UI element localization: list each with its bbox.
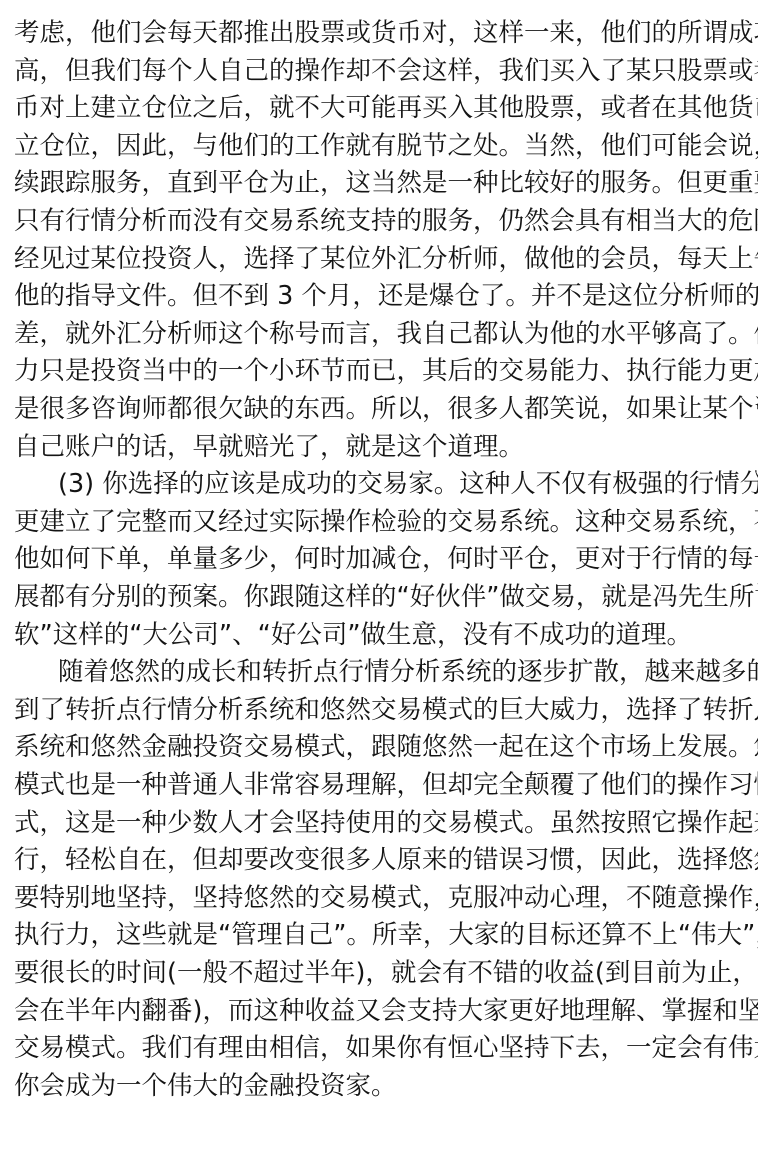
text-line: 差，就外汇分析师这个称号而言，我自己都认为他的水平够高了。但是，分析能 xyxy=(14,319,748,349)
text-line: 经见过某位投资人，选择了某位外汇分析师，做他的会员，每天上午都可以得到 xyxy=(14,244,748,274)
text-line: 随着悠然的成长和转折点行情分析系统的逐步扩散，越来越多的投资者看 xyxy=(58,657,748,687)
text-line: 执行力，这些就是“管理自己”。所幸，大家的目标还算不上“伟大”，所以，不需 xyxy=(14,920,748,950)
text-line: 立仓位，因此，与他们的工作就有脱节之处。当然，他们可能会说，我会提供持 xyxy=(14,131,748,161)
text-line: 币对上建立仓位之后，就不大可能再买入其他股票，或者在其他货币对上再建 xyxy=(14,93,748,123)
document-page: 考虑，他们会每天都推出股票或货币对，这样一来，他们的所谓成功率自然会很 高，但我… xyxy=(0,0,758,1160)
text-line: 会在半年内翻番)，而这种收益又会支持大家更好地理解、掌握和坚持使用悠然 xyxy=(14,996,748,1026)
text-line: 要特别地坚持，坚持悠然的交易模式，克服冲动心理，不随意操作，提高自己的 xyxy=(14,883,748,913)
text-line: 模式也是一种普通人非常容易理解，但却完全颠覆了他们的操作习惯的投资方 xyxy=(14,770,748,800)
text-line: 自己账户的话，早就赔光了，就是这个道理。 xyxy=(14,432,748,462)
text-line: 到了转折点行情分析系统和悠然交易模式的巨大威力，选择了转折点行情分析 xyxy=(14,695,748,725)
text-line: 软”这样的“大公司”、“好公司”做生意，没有不成功的道理。 xyxy=(14,620,748,650)
text-line: 是很多咨询师都很欠缺的东西。所以，很多人都笑说，如果让某个咨询师去做 xyxy=(14,394,748,424)
text-line: 续跟踪服务，直到平仓为止，这当然是一种比较好的服务。但更重要的是，这种 xyxy=(14,168,748,198)
text-line: 系统和悠然金融投资交易模式，跟随悠然一起在这个市场上发展。悠然的交易 xyxy=(14,732,748,762)
text-line: 只有行情分析而没有交易系统支持的服务，仍然会具有相当大的危险性。我曾 xyxy=(14,206,748,236)
text-line: 行，轻松自在，但却要改变很多人原来的错误习惯，因此，选择悠然交易模式就 xyxy=(14,845,748,875)
text-line: 考虑，他们会每天都推出股票或货币对，这样一来，他们的所谓成功率自然会很 xyxy=(14,18,748,48)
text-line: 高，但我们每个人自己的操作却不会这样，我们买入了某只股票或者在某个货 xyxy=(14,56,748,86)
text-line: 展都有分别的预案。你跟随这样的“好伙伴”做交易，就是冯先生所说的跟“微 xyxy=(14,582,748,612)
text-line: (3) 你选择的应该是成功的交易家。这种人不仅有极强的行情分析能力， xyxy=(58,469,748,499)
text-line: 要很长的时间(一般不超过半年)，就会有不错的收益(到目前为止，绝大多数人 xyxy=(14,958,748,988)
text-line: 他如何下单，单量多少，何时加减仓，何时平仓，更对于行情的每一步可能的发 xyxy=(14,544,748,574)
text-line: 他的指导文件。但不到 3 个月，还是爆仓了。并不是这位分析师的水平有多么 xyxy=(14,281,748,311)
text-line: 式，这是一种少数人才会坚持使用的交易模式。虽然按照它操作起来，简单易 xyxy=(14,808,748,838)
text-line: 力只是投资当中的一个小环节而已，其后的交易能力、执行能力更加重要，而这 xyxy=(14,356,748,386)
text-line: 更建立了完整而又经过实际操作检验的交易系统。这种交易系统，不但会决定 xyxy=(14,507,748,537)
text-line: 交易模式。我们有理由相信，如果你有恒心坚持下去，一定会有伟大的那一天， xyxy=(14,1033,748,1063)
text-line: 你会成为一个伟大的金融投资家。 xyxy=(14,1071,748,1101)
